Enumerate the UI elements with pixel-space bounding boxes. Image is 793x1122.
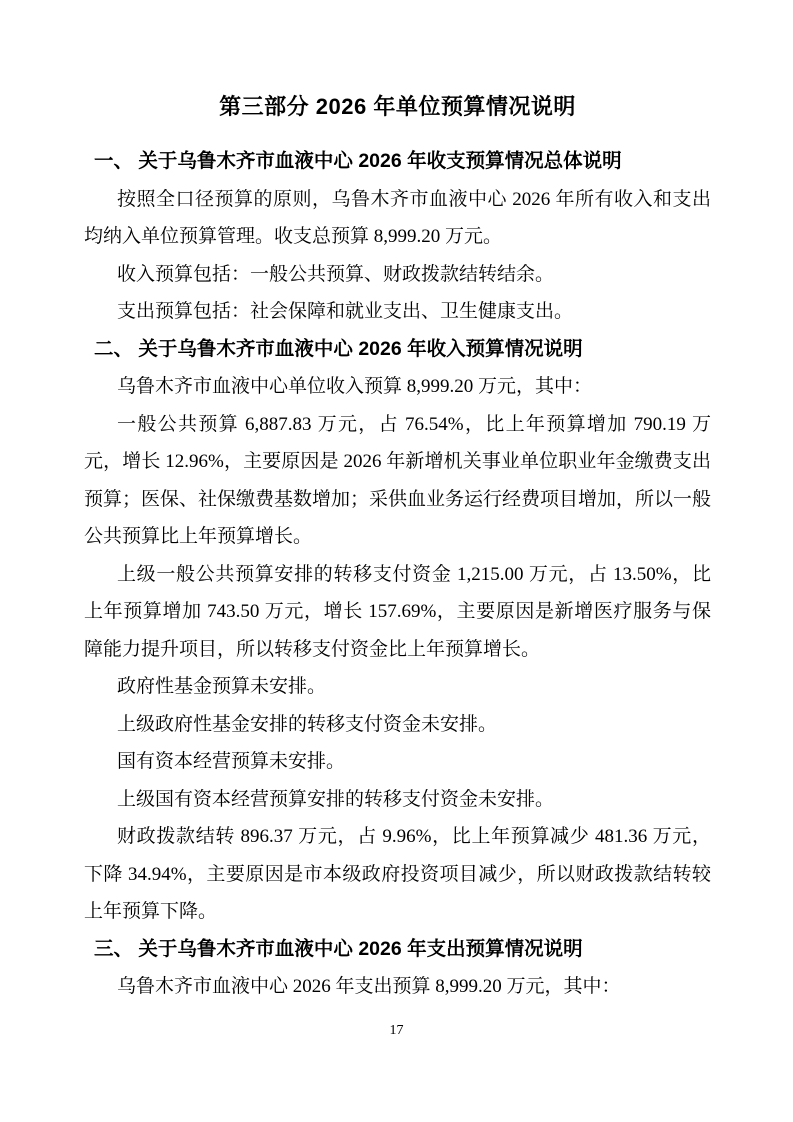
page-title: 第三部分 2026 年单位预算情况说明: [84, 88, 711, 126]
paragraph-transfer-payment: 上级一般公共预算安排的转移支付资金 1,215.00 万元，占 13.50%，比…: [84, 556, 711, 669]
paragraph-income-scope: 收入预算包括：一般公共预算、财政拨款结转结余。: [84, 256, 711, 294]
paragraph-income-total: 乌鲁木齐市血液中心单位收入预算 8,999.20 万元，其中：: [84, 368, 711, 406]
paragraph-overview-total: 按照全口径预算的原则，乌鲁木齐市血液中心 2026 年所有收入和支出均纳入单位预…: [84, 181, 711, 256]
paragraph-expense-scope: 支出预算包括：社会保障和就业支出、卫生健康支出。: [84, 293, 711, 331]
paragraph-general-public-budget: 一般公共预算 6,887.83 万元，占 76.54%，比上年预算增加 790.…: [84, 406, 711, 556]
paragraph-state-capital-none: 国有资本经营预算未安排。: [84, 743, 711, 781]
paragraph-gov-fund-transfer-none: 上级政府性基金安排的转移支付资金未安排。: [84, 706, 711, 744]
paragraph-gov-fund-none: 政府性基金预算未安排。: [84, 668, 711, 706]
section-heading-2: 二、 关于乌鲁木齐市血液中心 2026 年收入预算情况说明: [84, 331, 711, 369]
page-number: 17: [0, 1022, 793, 1040]
document-body: 第三部分 2026 年单位预算情况说明 一、 关于乌鲁木齐市血液中心 2026 …: [84, 88, 711, 1006]
paragraph-carryover-funds: 财政拨款结转 896.37 万元，占 9.96%，比上年预算减少 481.36 …: [84, 818, 711, 931]
paragraph-state-capital-transfer-none: 上级国有资本经营预算安排的转移支付资金未安排。: [84, 781, 711, 819]
section-heading-1: 一、 关于乌鲁木齐市血液中心 2026 年收支预算情况总体说明: [84, 143, 711, 181]
document-page: 第三部分 2026 年单位预算情况说明 一、 关于乌鲁木齐市血液中心 2026 …: [0, 0, 793, 1122]
section-heading-3: 三、 关于乌鲁木齐市血液中心 2026 年支出预算情况说明: [84, 931, 711, 969]
paragraph-expense-total: 乌鲁木齐市血液中心 2026 年支出预算 8,999.20 万元，其中：: [84, 968, 711, 1006]
